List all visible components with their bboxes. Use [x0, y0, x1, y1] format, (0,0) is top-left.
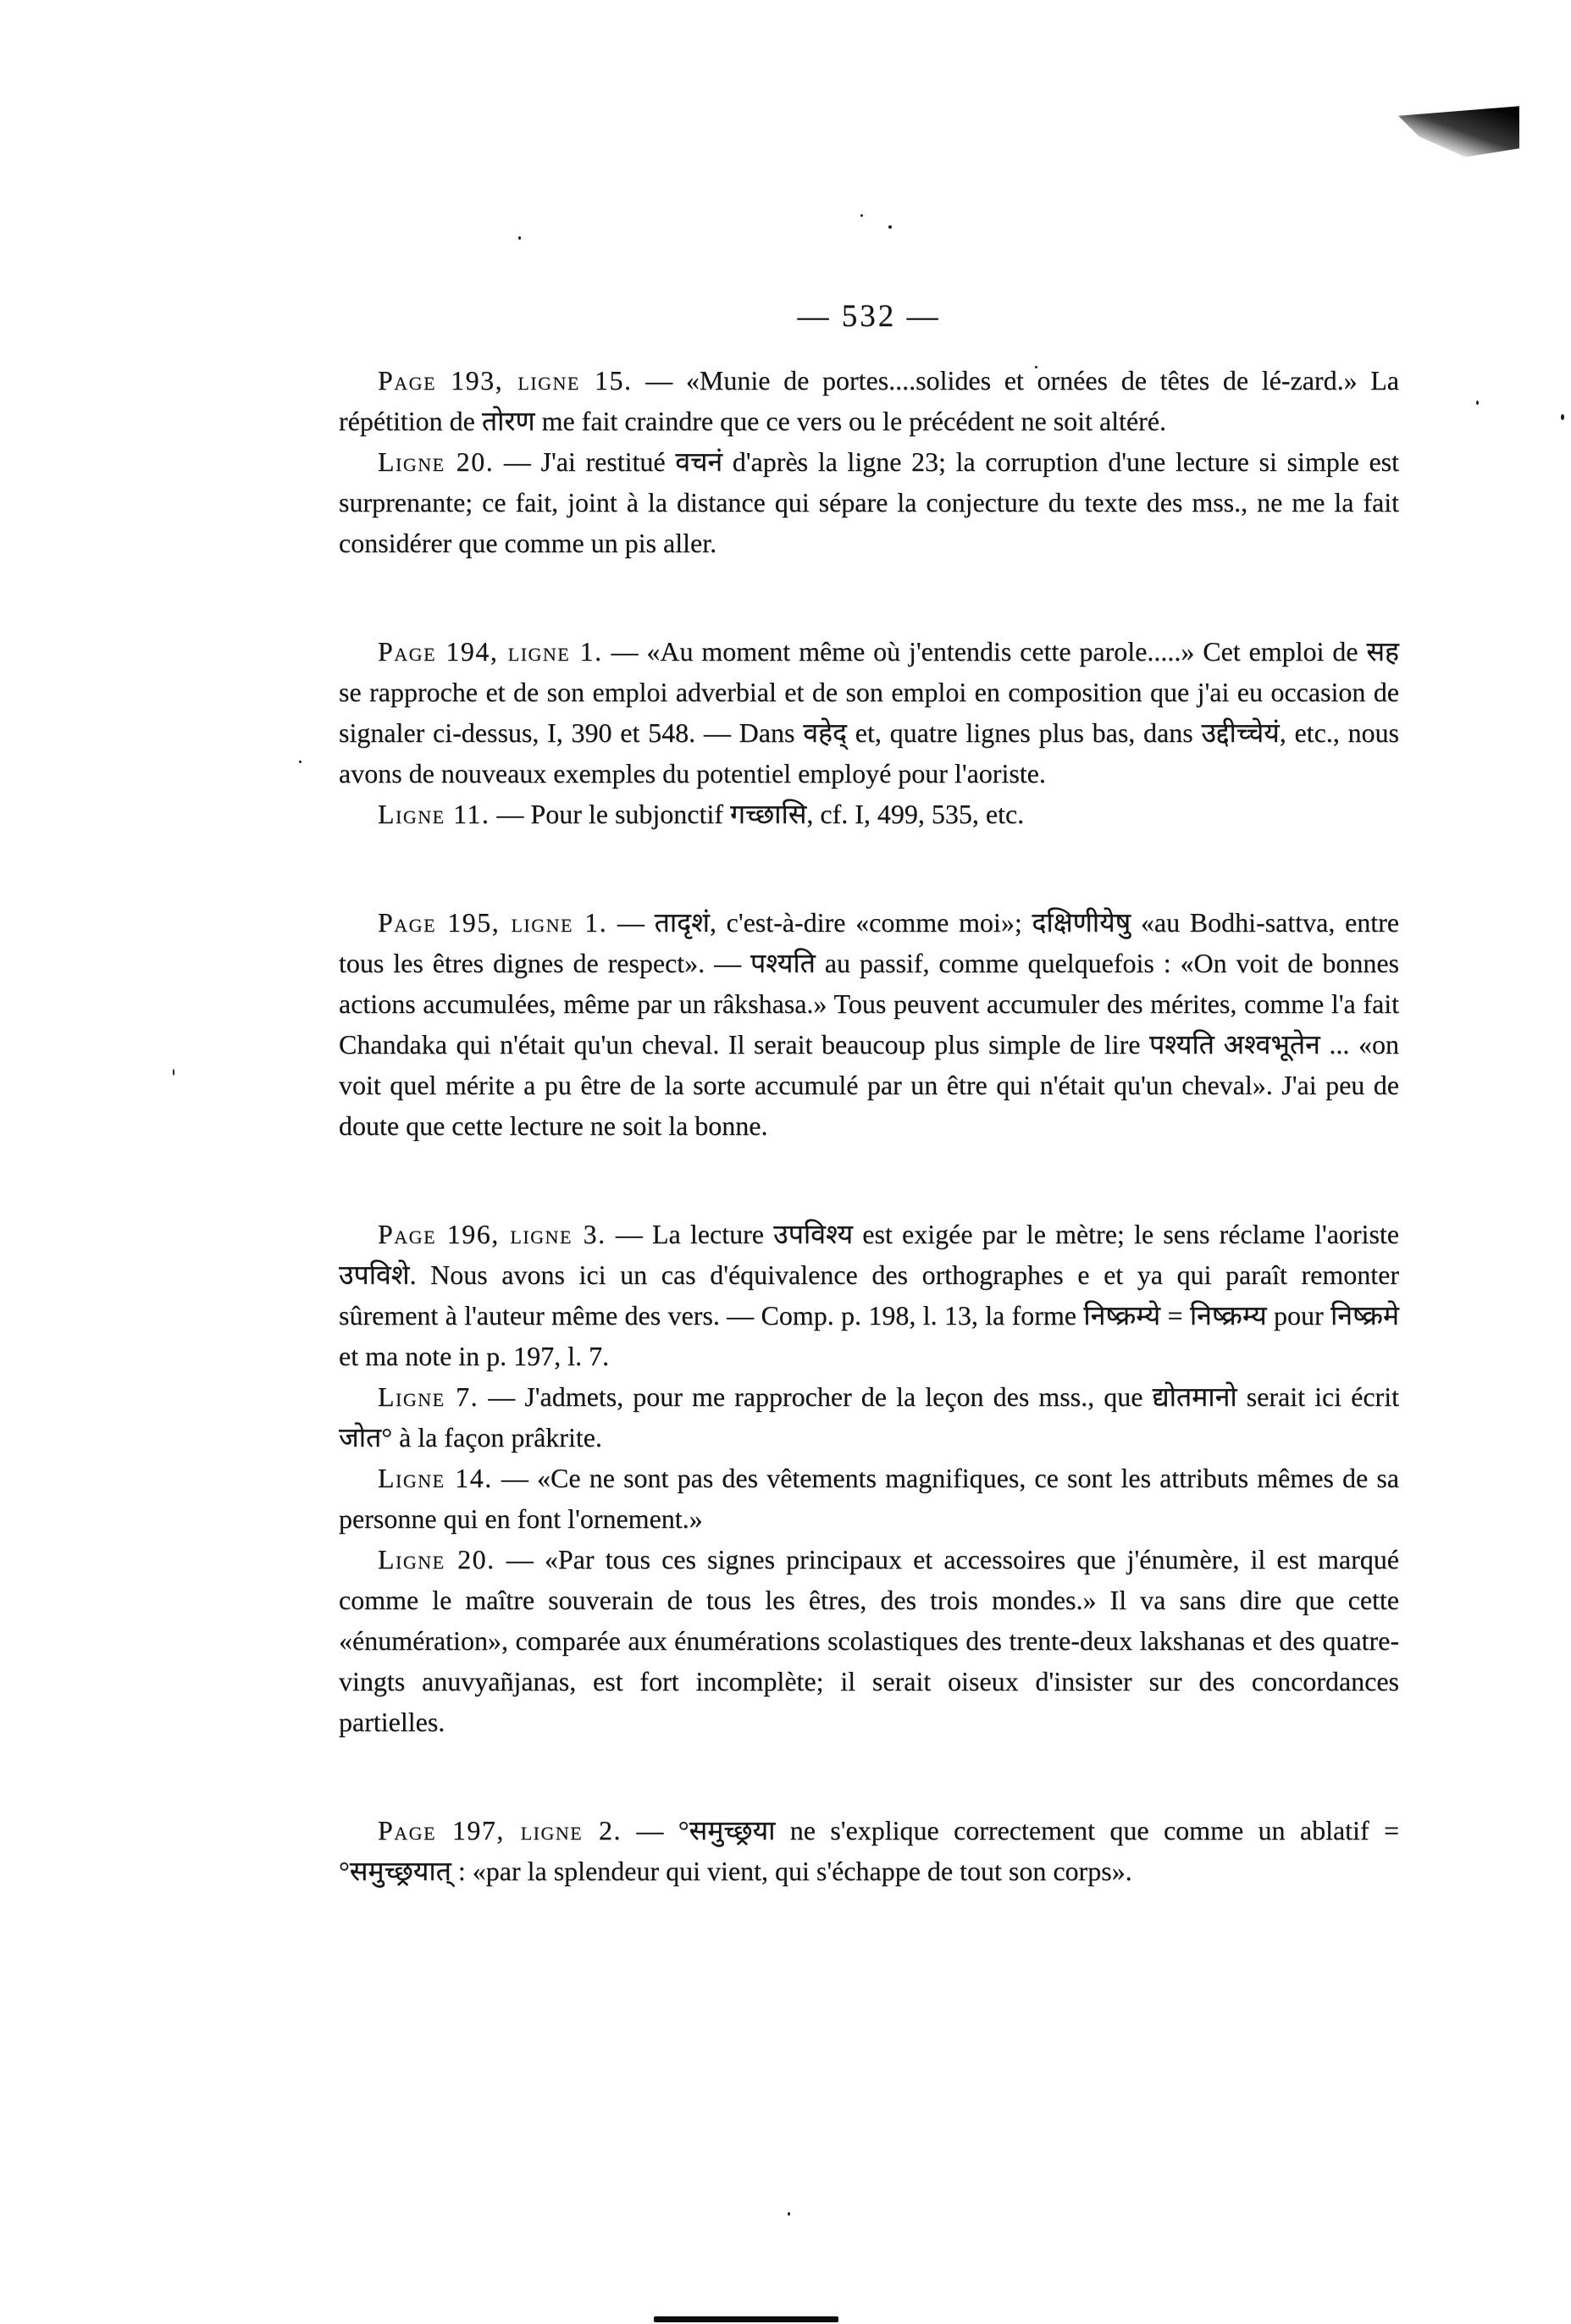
- note-label: Ligne 14.: [378, 1463, 493, 1493]
- scanned-book-page: — 532 — Page 193, ligne 15. — «Munie de …: [0, 0, 1571, 2324]
- scan-speck: [299, 761, 301, 763]
- page-number: — 532 —: [339, 298, 1399, 335]
- note-p194-l1: Page 194, ligne 1. — «Au moment même où …: [339, 631, 1399, 794]
- scan-speck: [788, 2212, 790, 2216]
- note-label: Page 193, ligne 15.: [378, 365, 633, 396]
- note-label: Page 196, ligne 3.: [378, 1219, 606, 1249]
- note-label: Page 195, ligne 1.: [378, 907, 607, 938]
- note-l11: Ligne 11. — Pour le subjonctif गच्छासि, …: [339, 794, 1399, 834]
- ink-smudge: [1391, 105, 1519, 159]
- note-p193-l15: Page 193, ligne 15. — «Munie de portes..…: [339, 360, 1399, 441]
- note-body: — तादृशं, c'est-à-dire «comme moi»; दक्ष…: [339, 907, 1399, 1141]
- scan-speck: [888, 225, 892, 229]
- note-label: Ligne 20.: [378, 446, 494, 477]
- note-body: — «Par tous ces signes principaux et acc…: [339, 1544, 1399, 1737]
- note-label: Ligne 7.: [378, 1381, 478, 1412]
- scan-speck: [860, 214, 863, 217]
- note-label: Ligne 20.: [378, 1544, 495, 1574]
- scan-speck: [1476, 401, 1479, 405]
- page-edge-mark: [654, 2316, 838, 2322]
- note-label: Page 194, ligne 1.: [378, 636, 603, 667]
- note-label: Page 197, ligne 2.: [378, 1815, 622, 1845]
- scan-speck: [173, 1069, 174, 1076]
- note-label: Ligne 11.: [378, 799, 490, 829]
- note-p197-l2: Page 197, ligne 2. — °समुच्छ्रया ne s'ex…: [339, 1810, 1399, 1891]
- note-l20-b: Ligne 20. — «Par tous ces signes princip…: [339, 1539, 1399, 1742]
- note-body: — Pour le subjonctif गच्छासि, cf. I, 499…: [490, 799, 1024, 829]
- note-l20: Ligne 20. — J'ai restitué वचनं d'après l…: [339, 441, 1399, 563]
- note-l14: Ligne 14. — «Ce ne sont pas des vêtement…: [339, 1458, 1399, 1539]
- note-p195-l1: Page 195, ligne 1. — तादृशं, c'est-à-dir…: [339, 902, 1399, 1146]
- note-body: — J'admets, pour me rapprocher de la leç…: [339, 1381, 1399, 1452]
- text-block: — 532 — Page 193, ligne 15. — «Munie de …: [339, 298, 1399, 1891]
- note-body: — J'ai restitué वचनं d'après la ligne 23…: [339, 446, 1399, 558]
- note-body: — «Ce ne sont pas des vêtements magnifiq…: [339, 1463, 1399, 1534]
- scan-speck: [518, 236, 521, 240]
- note-l7: Ligne 7. — J'admets, pour me rapprocher …: [339, 1376, 1399, 1458]
- note-p196-l3: Page 196, ligne 3. — La lecture उपविश्य …: [339, 1214, 1399, 1376]
- scan-speck: [1561, 414, 1564, 420]
